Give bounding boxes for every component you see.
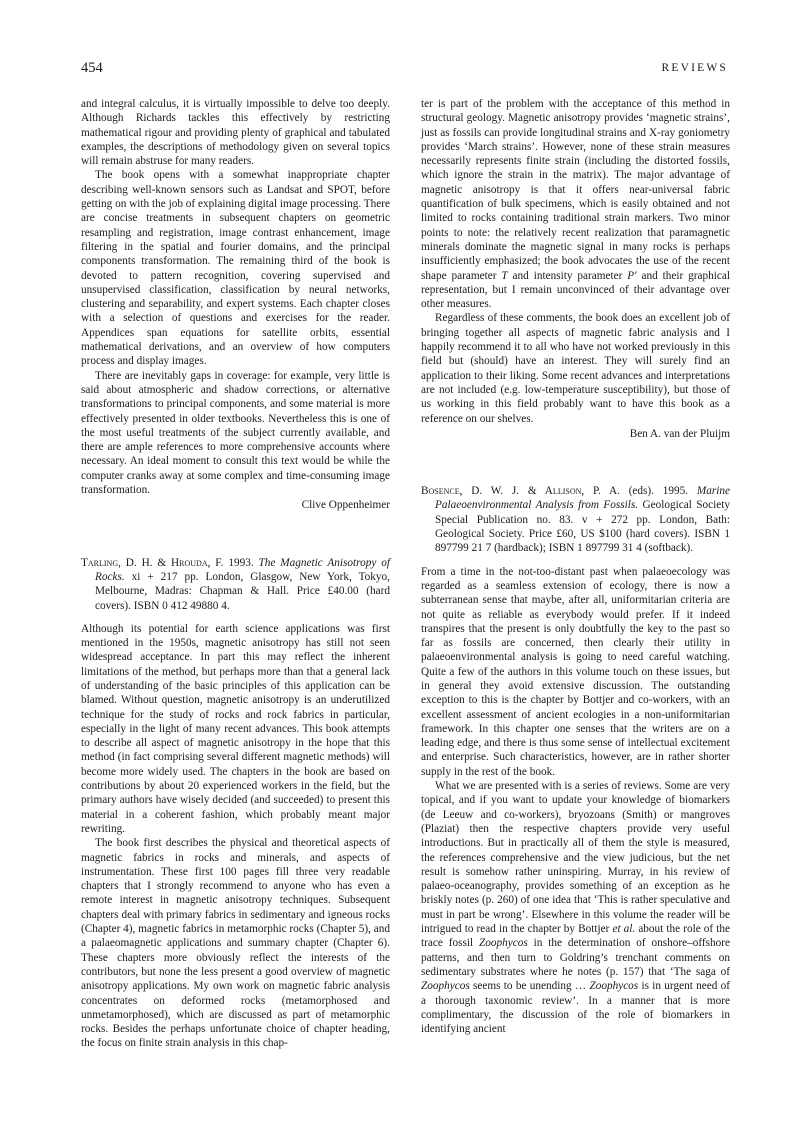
symbol-P-prime: P′ [627, 270, 636, 282]
page-number: 454 [81, 60, 103, 77]
text-run: seems to be unending … [470, 980, 590, 992]
paragraph: Although its potential for earth science… [81, 622, 390, 836]
reviewer-signature: Clive Oppenheimer [81, 498, 390, 512]
citation-year: (eds). 1995. [629, 485, 688, 497]
paragraph: and integral calculus, it is virtually i… [81, 97, 390, 168]
left-column: and integral calculus, it is virtually i… [81, 97, 390, 1051]
citation-authors: Tarling, D. H. & Hrouda, F. [81, 557, 223, 569]
paragraph: Regardless of these comments, the book d… [421, 311, 730, 425]
paragraph: The book opens with a somewhat inappropr… [81, 168, 390, 368]
text-run: and intensity parameter [508, 270, 628, 282]
paragraph: The book first describes the physical an… [81, 836, 390, 1050]
reviewer-signature: Ben A. van der Pluijm [421, 427, 730, 441]
paragraph: From a time in the not-too-distant past … [421, 565, 730, 779]
citation-year: 1993. [228, 557, 253, 569]
citation-details: xi + 217 pp. London, Glasgow, New York, … [95, 571, 390, 612]
citation-authors: Bosence, D. W. J. & Allison, P. A. [421, 485, 620, 497]
book-citation: Bosence, D. W. J. & Allison, P. A. (eds)… [421, 484, 730, 555]
paragraph: ter is part of the problem with the acce… [421, 97, 730, 311]
taxon-name: Zoophycos [479, 937, 528, 949]
text-run: ter is part of the problem with the acce… [421, 98, 730, 282]
taxon-name: Zoophycos [421, 980, 470, 992]
paragraph: What we are presented with is a series o… [421, 779, 730, 1036]
taxon-name: Zoophycos [589, 980, 638, 992]
right-column: ter is part of the problem with the acce… [421, 97, 730, 1036]
paragraph: There are inevitably gaps in coverage: f… [81, 369, 390, 498]
book-citation: Tarling, D. H. & Hrouda, F. 1993. The Ma… [81, 556, 390, 613]
text-run: What we are presented with is a series o… [421, 780, 730, 935]
text-italic: et al. [612, 923, 635, 935]
running-head: REVIEWS [661, 62, 728, 74]
